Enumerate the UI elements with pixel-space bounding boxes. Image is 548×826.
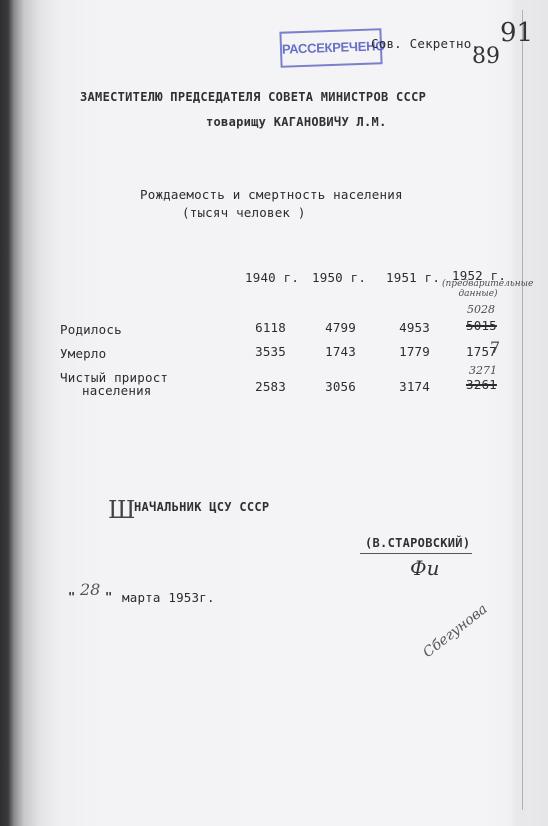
- addressee-line-1: ЗАМЕСТИТЕЛЮ ПРЕДСЕДАТЕЛЯ СОВЕТА МИНИСТРО…: [80, 90, 426, 104]
- document-subtitle: (тысяч человек ): [182, 205, 306, 220]
- signatory-position: НАЧАЛЬНИК ЦСУ СССР: [134, 500, 269, 514]
- cell-born-1951: 4953: [380, 320, 430, 335]
- column-header-1951: 1951 г.: [386, 270, 440, 285]
- cell-died-1950: 1743: [306, 344, 356, 359]
- cell-died-1952-correction: 7: [490, 338, 500, 357]
- date-day-handwritten: 28: [80, 580, 100, 599]
- signatory-name: (В.СТАРОВСКИЙ): [365, 536, 470, 550]
- handwritten-initials: Ш: [108, 496, 135, 524]
- cell-growth-1952-struck: 3261: [466, 377, 497, 392]
- cell-growth-1950: 3056: [306, 379, 356, 394]
- date-month-year: марта 1953г.: [122, 590, 215, 605]
- cell-born-1952-struck: 5015: [466, 318, 497, 333]
- declassified-stamp: РАССЕКРЕЧЕНО: [279, 28, 382, 68]
- handwritten-signature: Фи: [410, 556, 439, 580]
- cell-growth-1940: 2583: [236, 379, 286, 394]
- document-page: РАССЕКРЕЧЕНО Сов. Секретно. 89 91 ЗАМЕСТ…: [0, 0, 548, 826]
- cell-born-1950: 4799: [306, 320, 356, 335]
- column-header-1940: 1940 г.: [245, 270, 299, 285]
- page-number-handwritten: 89: [472, 44, 500, 69]
- document-title: Рождаемость и смертность населения: [140, 187, 403, 202]
- handwritten-annotation: Сбегунова: [420, 601, 490, 661]
- column-header-1950: 1950 г.: [312, 270, 366, 285]
- cell-died-1940: 3535: [236, 344, 286, 359]
- date-close-quote: ": [105, 590, 113, 604]
- row-label-net-growth-2: населения: [82, 383, 152, 398]
- signature-underline: [360, 553, 472, 554]
- row-label-born: Родилось: [60, 322, 122, 337]
- cell-died-1951: 1779: [380, 344, 430, 359]
- cell-growth-1952-corrected: 3271: [469, 364, 497, 377]
- cell-born-1940: 6118: [236, 320, 286, 335]
- cell-growth-1951: 3174: [380, 379, 430, 394]
- classification-label: Сов. Секретно.: [371, 36, 479, 51]
- cell-born-1952-corrected: 5028: [467, 303, 495, 316]
- column-note-preliminary: (предварительные данные): [442, 279, 514, 299]
- addressee-line-2: товарищу КАГАНОВИЧУ Л.М.: [206, 115, 387, 129]
- date-open-quote: ": [68, 590, 76, 604]
- page-edge-line: [522, 10, 523, 810]
- row-label-died: Умерло: [60, 346, 106, 361]
- page-number-overwrite: 91: [500, 18, 533, 48]
